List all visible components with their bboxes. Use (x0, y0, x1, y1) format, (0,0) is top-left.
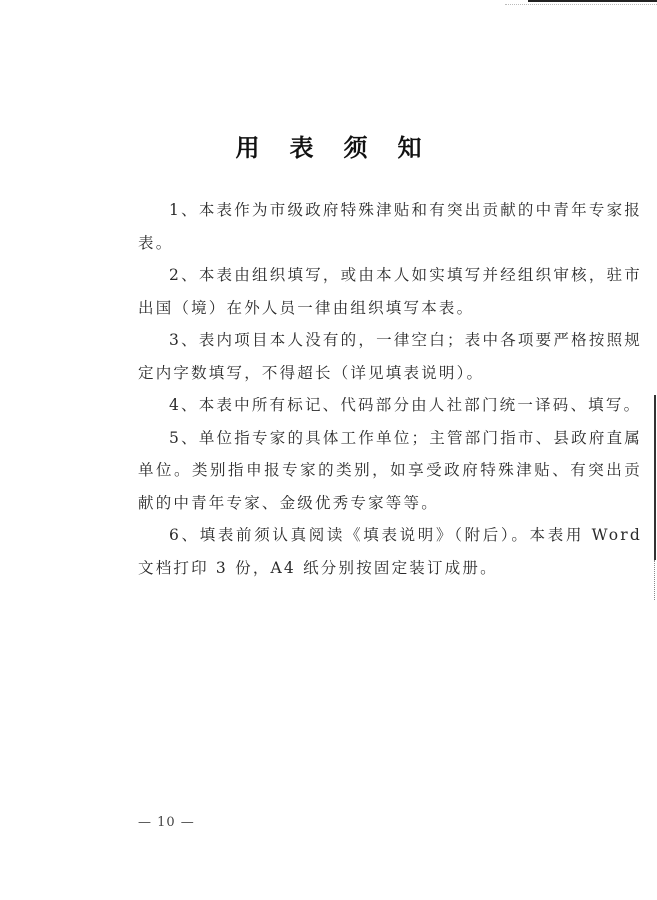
instruction-item-6: 6、填表前须认真阅读《填表说明》（附后）。本表用 Word 文档打印 3 份，A… (138, 519, 642, 584)
instruction-item-5: 5、单位指专家的具体工作单位；主管部门指市、县政府直属单位。类别指申报专家的类别… (138, 422, 642, 520)
instruction-item-2: 2、本表由组织填写，或由本人如实填写并经组织审核，驻市出国（境）在外人员一律由组… (138, 259, 642, 324)
page-number: — 10 — (138, 815, 195, 830)
right-binding-edge (654, 395, 656, 560)
page-title: 用表须知 (0, 128, 657, 163)
instruction-item-4: 4、本表中所有标记、代码部分由人社部门统一译码、填写。 (138, 389, 642, 422)
top-scan-artifact (505, 4, 657, 6)
top-border-line (528, 0, 657, 2)
instruction-item-1: 1、本表作为市级政府特殊津贴和有突出贡献的中青年专家报表。 (138, 194, 642, 259)
right-edge-artifact (654, 560, 656, 600)
instructions-body: 1、本表作为市级政府特殊津贴和有突出贡献的中青年专家报表。 2、本表由组织填写，… (138, 194, 642, 584)
instruction-item-3: 3、表内项目本人没有的，一律空白；表中各项要严格按照规定内字数填写，不得超长（详… (138, 324, 642, 389)
